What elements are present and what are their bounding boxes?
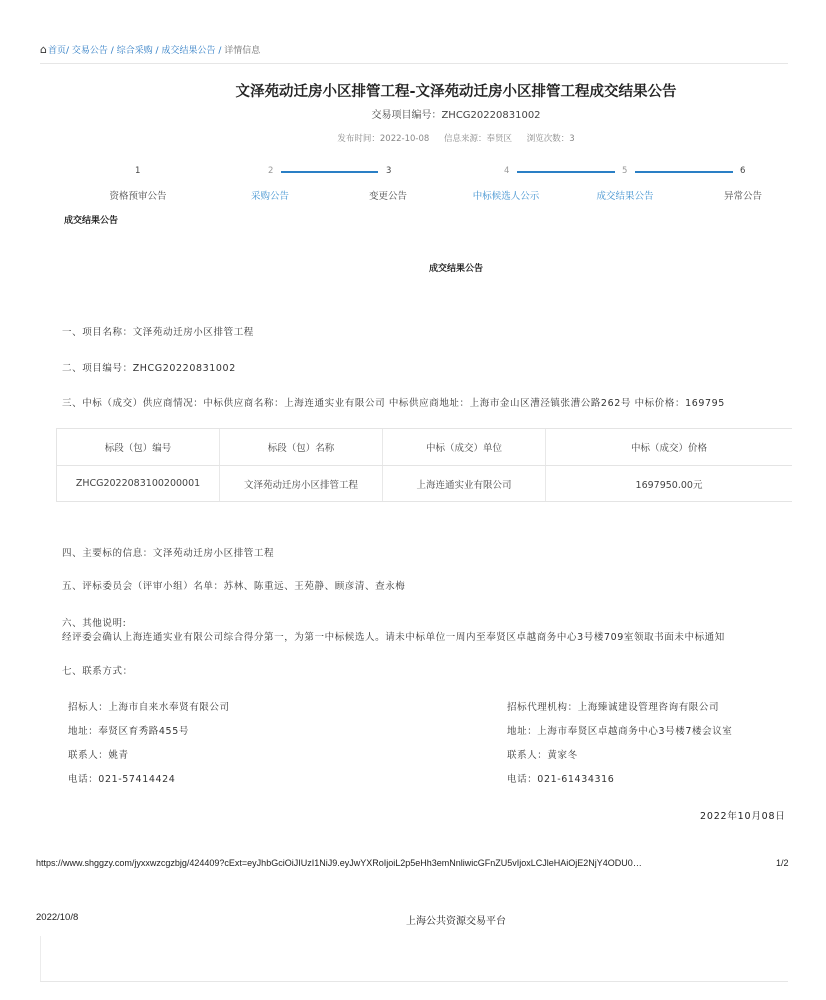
- step-connector: [635, 171, 733, 173]
- step-connector: [517, 171, 615, 173]
- main-subject: 四、主要标的信息：文泽苑动迁房小区排管工程: [62, 545, 274, 559]
- committee-list: 五、评标委员会（评审小组）名单：苏林、陈重远、王苑静、顾彦清、查永梅: [62, 578, 405, 592]
- other-notes-title: 六、其他说明:: [62, 615, 126, 629]
- table-header-row: 标段（包）编号 标段（包）名称 中标（成交）单位 中标（成交）价格: [57, 429, 793, 466]
- step-change-notice[interactable]: 变更公告: [328, 188, 448, 202]
- home-icon[interactable]: ⌂: [40, 43, 47, 56]
- print-site-title: 上海公共资源交易平台: [0, 912, 826, 927]
- step-2-number: 2: [268, 166, 273, 176]
- buyer-name: 招标人：上海市自来水奉贤有限公司: [68, 699, 230, 713]
- signature-date: 2022年10月08日: [700, 808, 786, 822]
- supplier-info: 三、中标（成交）供应商情况：中标供应商名称：上海连通实业有限公司 中标供应商地址…: [62, 395, 790, 409]
- print-page-number: 1/2: [776, 858, 789, 868]
- breadcrumb-trade-notices[interactable]: 交易公告 /: [72, 46, 114, 56]
- breadcrumb-home[interactable]: 首页/: [48, 46, 69, 56]
- step-procurement-notice[interactable]: 采购公告: [210, 188, 330, 202]
- breadcrumb-current: 详情信息: [224, 46, 260, 56]
- agency-person: 联系人：黄家冬: [507, 747, 578, 761]
- breadcrumb-result-notices[interactable]: 成交结果公告 /: [161, 46, 221, 56]
- buyer-phone: 电话：021-57414424: [68, 771, 175, 785]
- info-source: 信息来源：奉贤区: [444, 134, 512, 144]
- divider: [40, 63, 788, 64]
- publish-time: 发布时间：2022-10-08: [337, 134, 429, 144]
- table-cell: ZHCG2022083100200001: [57, 466, 220, 502]
- table-header: 标段（包）编号: [57, 429, 220, 466]
- project-name: 一、项目名称：文泽苑动迁房小区排管工程: [62, 324, 254, 338]
- step-4-number: 4: [504, 166, 509, 176]
- divider: [40, 981, 788, 982]
- step-5-number: 5: [622, 166, 627, 176]
- step-6-number: 6: [740, 166, 745, 176]
- breadcrumb: ⌂首页/ 交易公告 / 综合采购 / 成交结果公告 / 详情信息: [40, 43, 260, 56]
- page-title: 文泽苑动迁房小区排管工程-文泽苑动迁房小区排管工程成交结果公告: [0, 80, 826, 101]
- step-result-notice[interactable]: 成交结果公告: [565, 188, 685, 202]
- breadcrumb-procurement[interactable]: 综合采购 /: [117, 46, 159, 56]
- step-candidate-publicity[interactable]: 中标候选人公示: [446, 188, 566, 202]
- print-url: https://www.shggzy.com/jyxxwzcgzbjg/4244…: [36, 858, 771, 868]
- result-table: 标段（包）编号 标段（包）名称 中标（成交）单位 中标（成交）价格 ZHCG20…: [56, 428, 792, 502]
- step-abnormal-notice[interactable]: 异常公告: [683, 188, 803, 202]
- divider: [40, 936, 41, 982]
- view-count: 浏览次数：3: [527, 134, 575, 144]
- document-heading: 成交结果公告: [0, 261, 826, 274]
- agency-phone: 电话：021-61434316: [507, 771, 614, 785]
- meta-info: 发布时间：2022-10-08 信息来源：奉贤区 浏览次数：3: [0, 132, 826, 144]
- table-header: 中标（成交）单位: [383, 429, 546, 466]
- step-connector: [281, 171, 378, 173]
- table-cell: 文泽苑动迁房小区排管工程: [220, 466, 383, 502]
- buyer-address: 地址：奉贤区育秀路455号: [68, 723, 189, 737]
- step-prequalification[interactable]: 资格预审公告: [78, 188, 198, 202]
- table-row: ZHCG2022083100200001 文泽苑动迁房小区排管工程 上海连通实业…: [57, 466, 793, 502]
- table-header: 标段（包）名称: [220, 429, 383, 466]
- agency-name: 招标代理机构：上海臻诚建设管理咨询有限公司: [507, 699, 719, 713]
- project-number: 交易项目编号：ZHCG20220831002: [0, 106, 826, 121]
- step-1-number: 1: [135, 166, 140, 176]
- other-notes-text: 经评委会确认上海连通实业有限公司综合得分第一，为第一中标候选人。请未中标单位一周…: [62, 629, 790, 643]
- table-header: 中标（成交）价格: [546, 429, 793, 466]
- contact-heading: 七、联系方式：: [62, 663, 133, 677]
- step-3-number: 3: [386, 166, 391, 176]
- section-label: 成交结果公告: [64, 213, 118, 226]
- agency-address: 地址：上海市奉贤区卓越商务中心3号楼7楼会议室: [507, 723, 732, 737]
- project-code: 二、项目编号：ZHCG20220831002: [62, 360, 236, 374]
- table-cell: 1697950.00元: [546, 466, 793, 502]
- table-cell: 上海连通实业有限公司: [383, 466, 546, 502]
- buyer-person: 联系人：姚青: [68, 747, 129, 761]
